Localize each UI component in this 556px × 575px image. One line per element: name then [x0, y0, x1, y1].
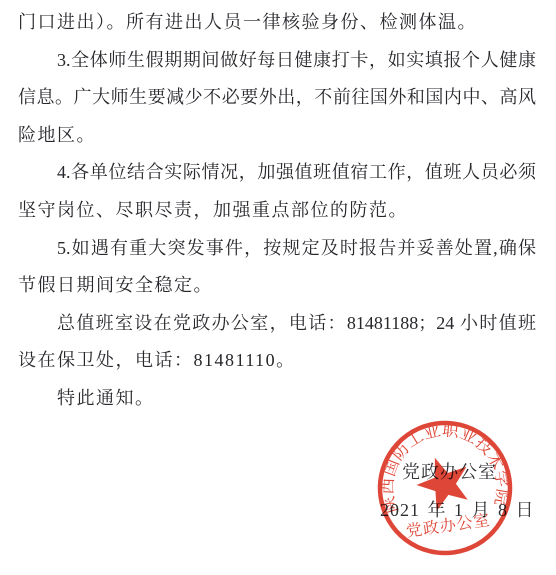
- star-icon: [410, 449, 477, 515]
- notice-page: 门口进出）。所有进出人员一律核验身份、检测体温。3.全体师生假期期间做好每日健康…: [0, 0, 556, 575]
- text-line: 坚守岗位、尽职尽责，加强重点部位的防范。: [18, 192, 536, 230]
- text-line: 总值班室设在党政办公室，电话：81481188；24 小时值班: [18, 305, 536, 343]
- official-seal-graphic: 陕西国防工业职业技术学院 党政办公室: [375, 416, 515, 560]
- text-line: 设在保卫处，电话：81481110。: [18, 342, 536, 380]
- text-line: 3.全体师生假期期间做好每日健康打卡，如实填报个人健康: [18, 42, 536, 80]
- text-line: 险地区。: [18, 117, 536, 155]
- text-line: 门口进出）。所有进出人员一律核验身份、检测体温。: [18, 4, 536, 42]
- text-line: 特此通知。: [18, 380, 536, 418]
- text-line: 4.各单位结合实际情况，加强值班值宿工作，值班人员必须: [18, 154, 536, 192]
- seal-bottom-text: 党政办公室: [405, 511, 492, 541]
- text-line: 节假日期间安全稳定。: [18, 267, 536, 305]
- text-line: 5.如遇有重大突发事件，按规定及时报告并妥善处置,确保: [18, 230, 536, 268]
- text-line: 信息。广大师生要减少不必要外出，不前往国外和国内中、高风: [18, 79, 536, 117]
- notice-body: 门口进出）。所有进出人员一律核验身份、检测体温。3.全体师生假期期间做好每日健康…: [18, 4, 536, 418]
- official-seal: 陕西国防工业职业技术学院 党政办公室: [375, 416, 515, 560]
